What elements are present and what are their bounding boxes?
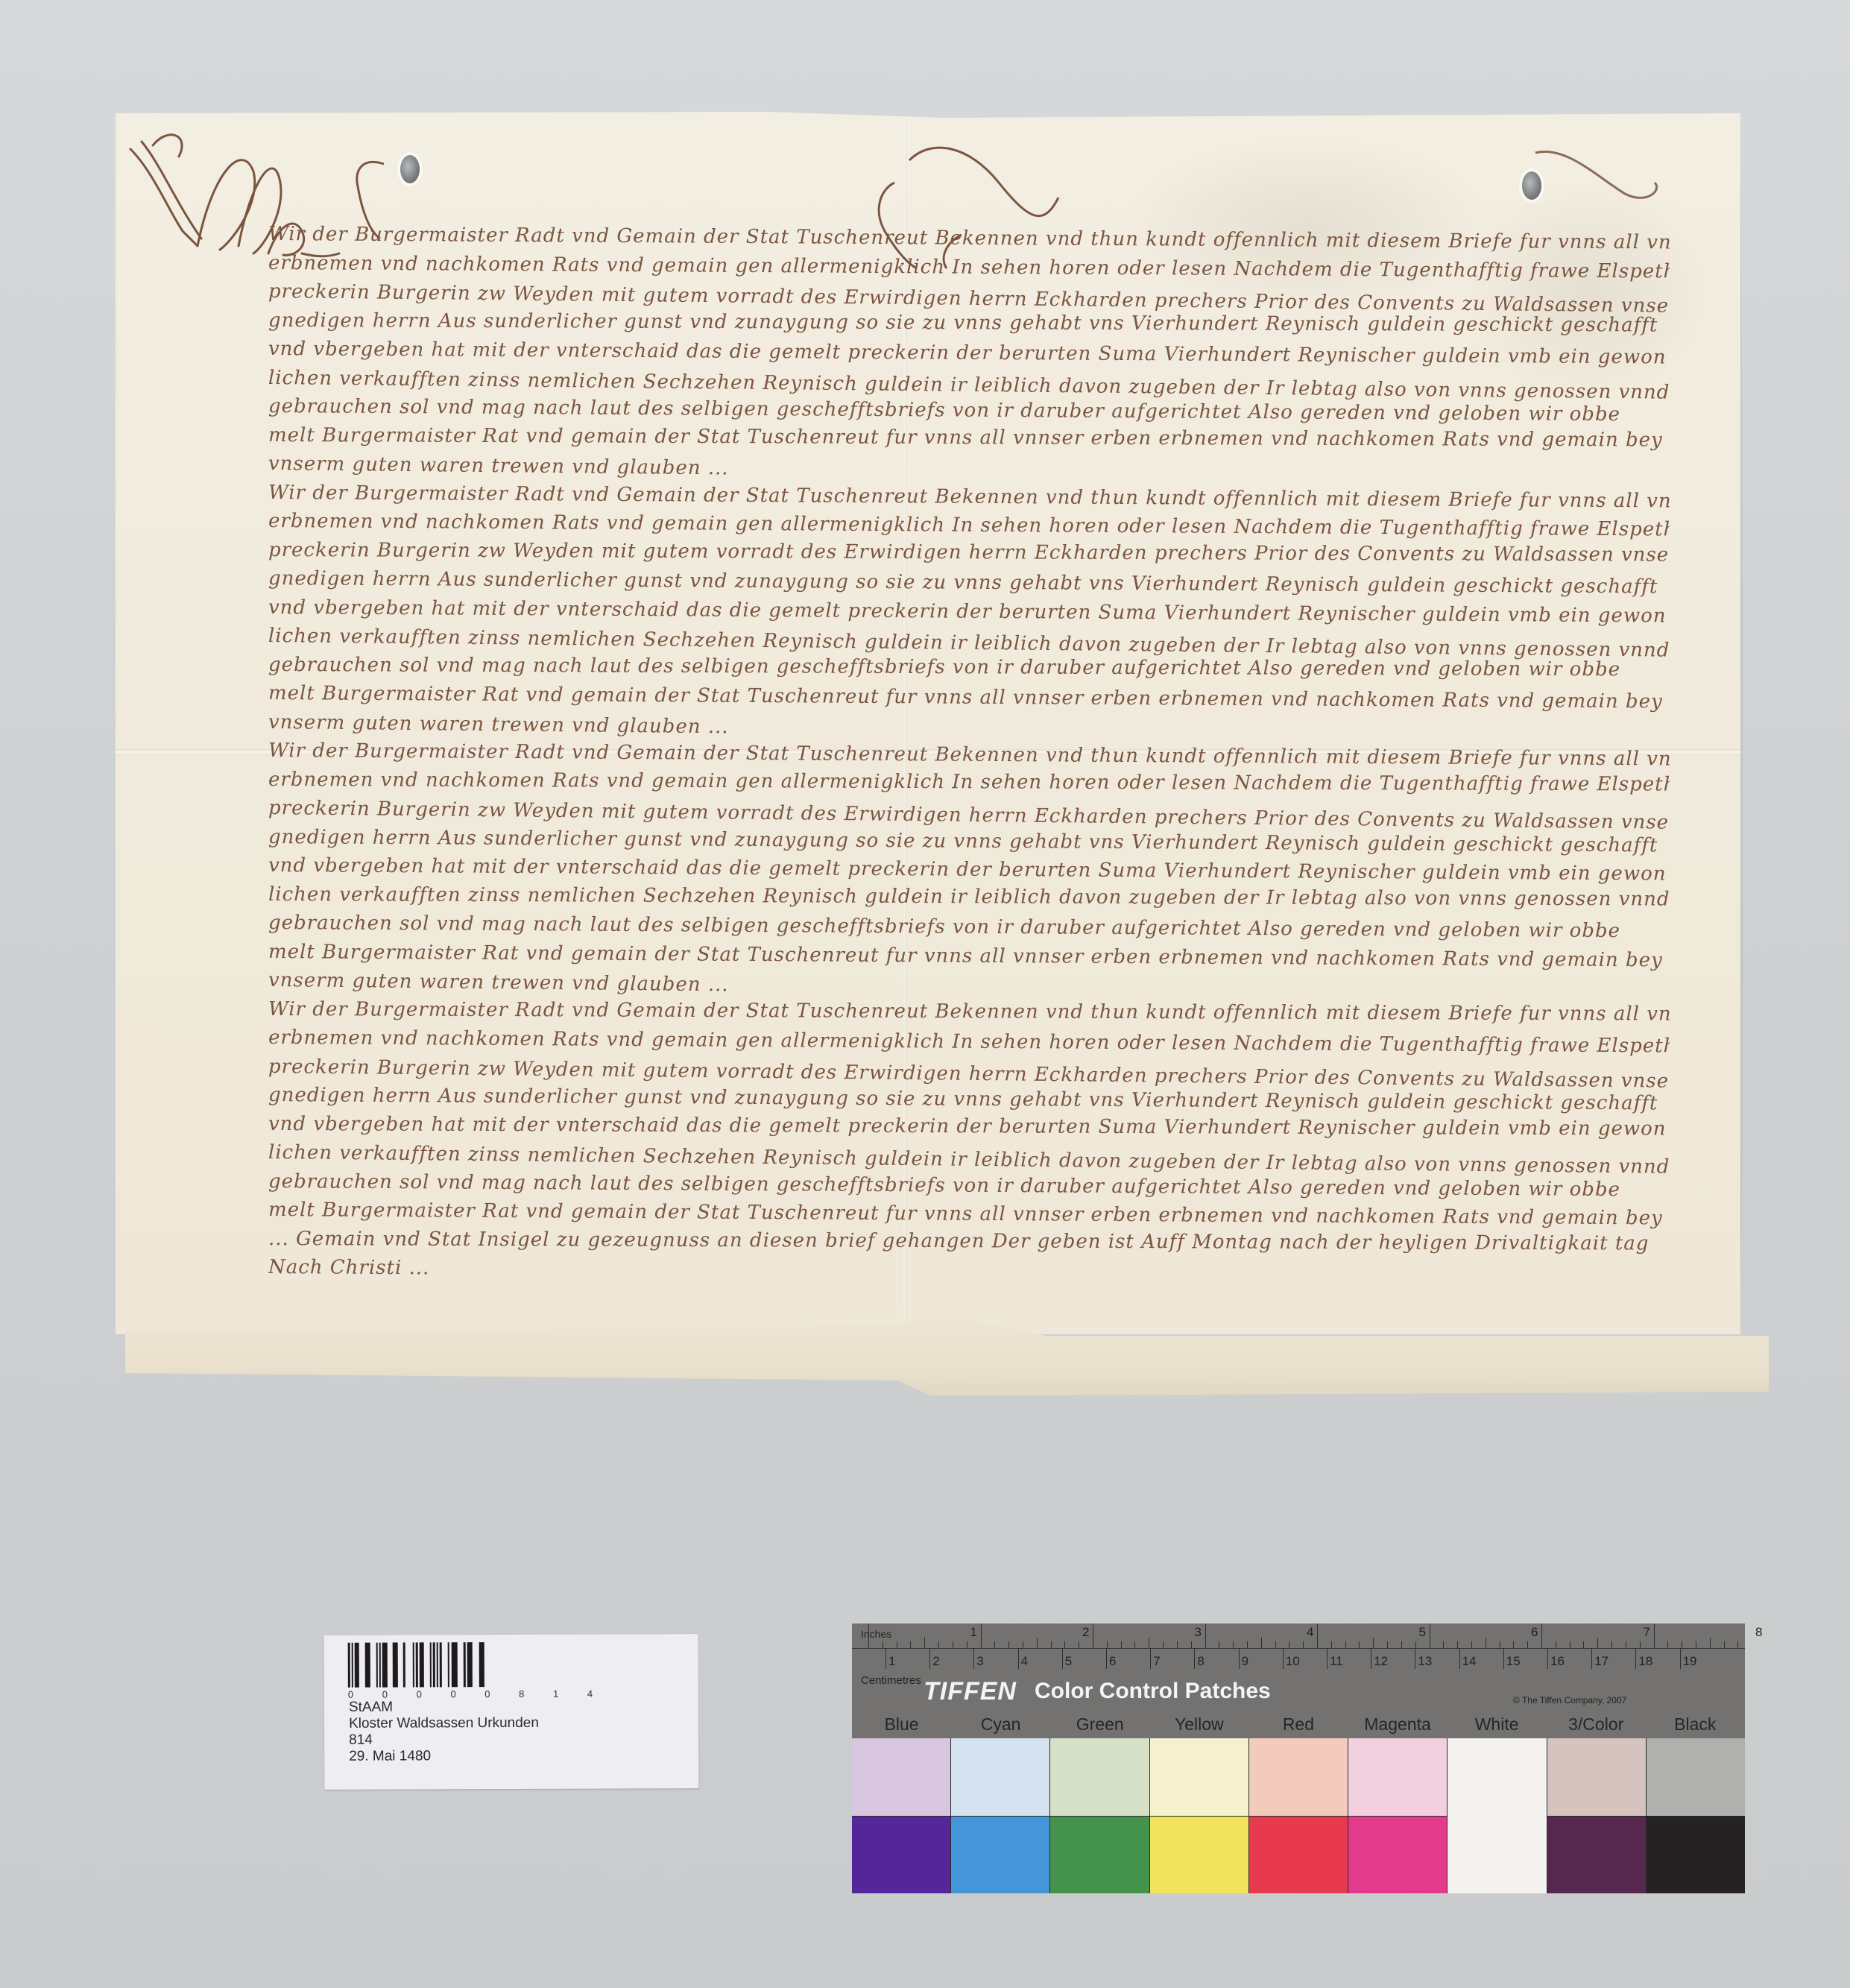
target-title: Color Control Patches [1035, 1679, 1271, 1704]
ruler-tick [1597, 1638, 1598, 1648]
color-control-target: Inches 12345678 123456789101112131415161… [852, 1623, 1745, 1747]
charter-text-line: gebrauchen sol vnd mag nach laut des sel… [268, 651, 1670, 684]
tiffen-logo: TIFFEN [924, 1677, 1017, 1706]
ruler-tick [1239, 1648, 1240, 1669]
ruler-tick [1415, 1641, 1416, 1648]
centimetre-ruler: 12345678910111213141516171819 [852, 1648, 1745, 1670]
ruler-tick [1471, 1641, 1472, 1648]
charter-text-line: vnd vbergeben hat mit der vnterschaid da… [268, 1110, 1670, 1143]
cm-tick-label: 1 [888, 1654, 895, 1669]
color-patch-green [1049, 1738, 1149, 1893]
charter-text-line: gnedigen herrn Aus sunderlicher gunst vn… [268, 306, 1670, 340]
cm-tick-label: 4 [1021, 1654, 1028, 1669]
ruler-tick [1626, 1641, 1626, 1648]
inch-tick-label: 6 [1531, 1625, 1538, 1640]
color-patches [852, 1738, 1745, 1893]
ruler-tick [1106, 1648, 1107, 1669]
color-patch-red [1248, 1738, 1348, 1893]
ruler-tick [1093, 1623, 1093, 1648]
cm-tick-label: 5 [1065, 1654, 1072, 1669]
ruler-tick [1401, 1641, 1402, 1648]
ruler-tick [1134, 1641, 1135, 1648]
ruler-tick [1611, 1641, 1612, 1648]
cm-tick-label: 2 [932, 1654, 939, 1669]
ruler-tick [1079, 1641, 1079, 1648]
color-patch-magenta [1348, 1738, 1447, 1893]
ruler-tick [1443, 1641, 1444, 1648]
ruler-tick [1486, 1638, 1486, 1648]
ruler-tick [1696, 1641, 1696, 1648]
ruler-tick [1371, 1648, 1371, 1669]
ruler-tick [1500, 1641, 1500, 1648]
centimetres-label: Centimetres [861, 1674, 921, 1687]
ruler-tick [1194, 1648, 1195, 1669]
ruler-tick [1373, 1638, 1374, 1648]
ruler-tick [973, 1648, 974, 1669]
cm-tick-label: 15 [1506, 1654, 1521, 1669]
charter-text-line: ... Gemain vnd Stat Insigel zu gezeugnus… [268, 1225, 1670, 1258]
charter-text-line: erbnemen vnd nachkomen Rats vnd gemain g… [268, 766, 1670, 799]
color-patch-black [1646, 1738, 1745, 1893]
cm-tick-label: 8 [1197, 1654, 1204, 1669]
inches-label: Inches [861, 1628, 891, 1640]
color-patch-white [1447, 1738, 1546, 1893]
inch-tick-label: 5 [1419, 1625, 1426, 1640]
cm-tick-label: 16 [1550, 1654, 1565, 1669]
ruler-tick [981, 1623, 982, 1648]
ruler-tick [1457, 1641, 1458, 1648]
inch-ruler: Inches 12345678 [852, 1623, 1745, 1649]
ruler-tick [1710, 1638, 1711, 1648]
cm-tick-label: 6 [1109, 1654, 1116, 1669]
cm-tick-label: 17 [1594, 1654, 1609, 1669]
cm-tick-label: 11 [1330, 1654, 1343, 1669]
ruler-tick [1275, 1641, 1276, 1648]
ruler-tick [1037, 1638, 1038, 1648]
ruler-tick [1303, 1641, 1304, 1648]
ruler-tick [1261, 1638, 1262, 1648]
ruler-tick [1107, 1641, 1108, 1648]
charter-text-block: Wir der Burgermaister Radt vnd Gemain de… [268, 220, 1670, 1282]
ruler-tick [1018, 1648, 1019, 1669]
ruler-tick [1541, 1623, 1542, 1648]
archive-name: StAAM [349, 1699, 539, 1716]
ruler-tick [1667, 1641, 1668, 1648]
barcode-icon [348, 1642, 484, 1688]
ruler-tick [885, 1648, 886, 1669]
ruler-tick [897, 1641, 897, 1648]
ruler-tick [883, 1641, 883, 1648]
inch-tick-label: 2 [1082, 1625, 1089, 1640]
inch-tick-label: 4 [1307, 1625, 1313, 1640]
ruler-tick [1640, 1641, 1641, 1648]
ruler-tick [1247, 1641, 1248, 1648]
ruler-tick [994, 1641, 995, 1648]
cm-tick-label: 3 [976, 1654, 983, 1669]
cm-tick-label: 18 [1638, 1654, 1652, 1669]
ruler-tick [1121, 1641, 1122, 1648]
cm-tick-label: 12 [1374, 1654, 1388, 1669]
charter-text-line: preckerin Burgerin zw Weyden mit gutem v… [268, 536, 1670, 569]
ruler-tick [1233, 1641, 1234, 1648]
ruler-tick [1547, 1648, 1548, 1669]
cm-tick-label: 19 [1683, 1654, 1697, 1669]
copyright-text: © The Tiffen Company, 2007 [1513, 1695, 1626, 1705]
archive-label: 0 0 0 0 0 8 1 4 StAAM Kloster Waldsassen… [324, 1634, 699, 1790]
ruler-tick [1149, 1638, 1149, 1648]
ruler-tick [1724, 1641, 1725, 1648]
color-patch-blue [852, 1738, 950, 1893]
cm-tick-label: 14 [1462, 1654, 1477, 1669]
inch-tick-label: 7 [1644, 1625, 1650, 1640]
ruler-tick [1737, 1641, 1738, 1648]
cm-tick-label: 7 [1153, 1654, 1160, 1669]
ruler-tick [1283, 1648, 1284, 1669]
ruler-tick [1205, 1623, 1206, 1648]
ruler-tick [1459, 1648, 1460, 1669]
document-date: 29. Mai 1480 [349, 1748, 539, 1765]
ruler-tick [1062, 1648, 1063, 1669]
inch-tick-label: 8 [1755, 1625, 1762, 1640]
charter-text-line: Wir der Burgermaister Radt vnd Gemain de… [268, 995, 1670, 1029]
ruler-tick [924, 1638, 925, 1648]
ruler-tick [1635, 1648, 1636, 1669]
color-patch-cyan [950, 1738, 1049, 1893]
color-patch-yellow [1149, 1738, 1248, 1893]
ruler-tick [1583, 1641, 1584, 1648]
ruler-tick [868, 1623, 869, 1648]
ruler-tick [938, 1641, 939, 1648]
cm-tick-label: 10 [1286, 1654, 1300, 1669]
ruler-tick [1327, 1648, 1327, 1669]
ruler-tick [1556, 1641, 1556, 1648]
charter-text-line: melt Burgermaister Rat vnd gemain der St… [268, 421, 1670, 455]
ruler-tick [1591, 1648, 1592, 1669]
inch-tick-label: 3 [1195, 1625, 1202, 1640]
ruler-tick [1317, 1623, 1318, 1648]
ruler-tick [1289, 1641, 1289, 1648]
document-number: 814 [349, 1732, 539, 1749]
ruler-tick [1064, 1641, 1065, 1648]
ruler-tick [1680, 1648, 1681, 1669]
ruler-tick [1163, 1641, 1164, 1648]
ruler-tick [1415, 1648, 1415, 1669]
ruler-tick [1008, 1641, 1009, 1648]
ruler-tick [1359, 1641, 1360, 1648]
inch-tick-label: 1 [970, 1625, 977, 1640]
ruler-tick [1527, 1641, 1528, 1648]
ruler-tick [1387, 1641, 1388, 1648]
cm-tick-label: 9 [1242, 1654, 1248, 1669]
ruler-tick [929, 1648, 930, 1669]
ruler-tick [1191, 1641, 1192, 1648]
ascender-flourish-icon [1521, 145, 1670, 212]
ruler-tick [1051, 1641, 1052, 1648]
ruler-tick [1331, 1641, 1332, 1648]
ruler-tick [1023, 1641, 1023, 1648]
ruler-tick [1219, 1641, 1219, 1648]
color-patch-3-color [1547, 1738, 1646, 1893]
cm-tick-label: 13 [1418, 1654, 1432, 1669]
ruler-tick [1682, 1641, 1682, 1648]
ruler-tick [1430, 1623, 1430, 1648]
ruler-tick [1345, 1641, 1346, 1648]
ruler-tick [967, 1641, 967, 1648]
collection-name: Kloster Waldsassen Urkunden [349, 1715, 539, 1732]
ruler-tick [1570, 1641, 1570, 1648]
charter-text-line: lichen verkaufften zinss nemlichen Sechz… [268, 880, 1670, 914]
ruler-tick [910, 1641, 911, 1648]
ruler-tick [953, 1641, 953, 1648]
ruler-tick [1503, 1648, 1504, 1669]
ruler-tick [1513, 1641, 1514, 1648]
ruler-tick [1150, 1648, 1151, 1669]
ruler-tick [1177, 1641, 1178, 1648]
ruler-tick [1654, 1623, 1655, 1648]
